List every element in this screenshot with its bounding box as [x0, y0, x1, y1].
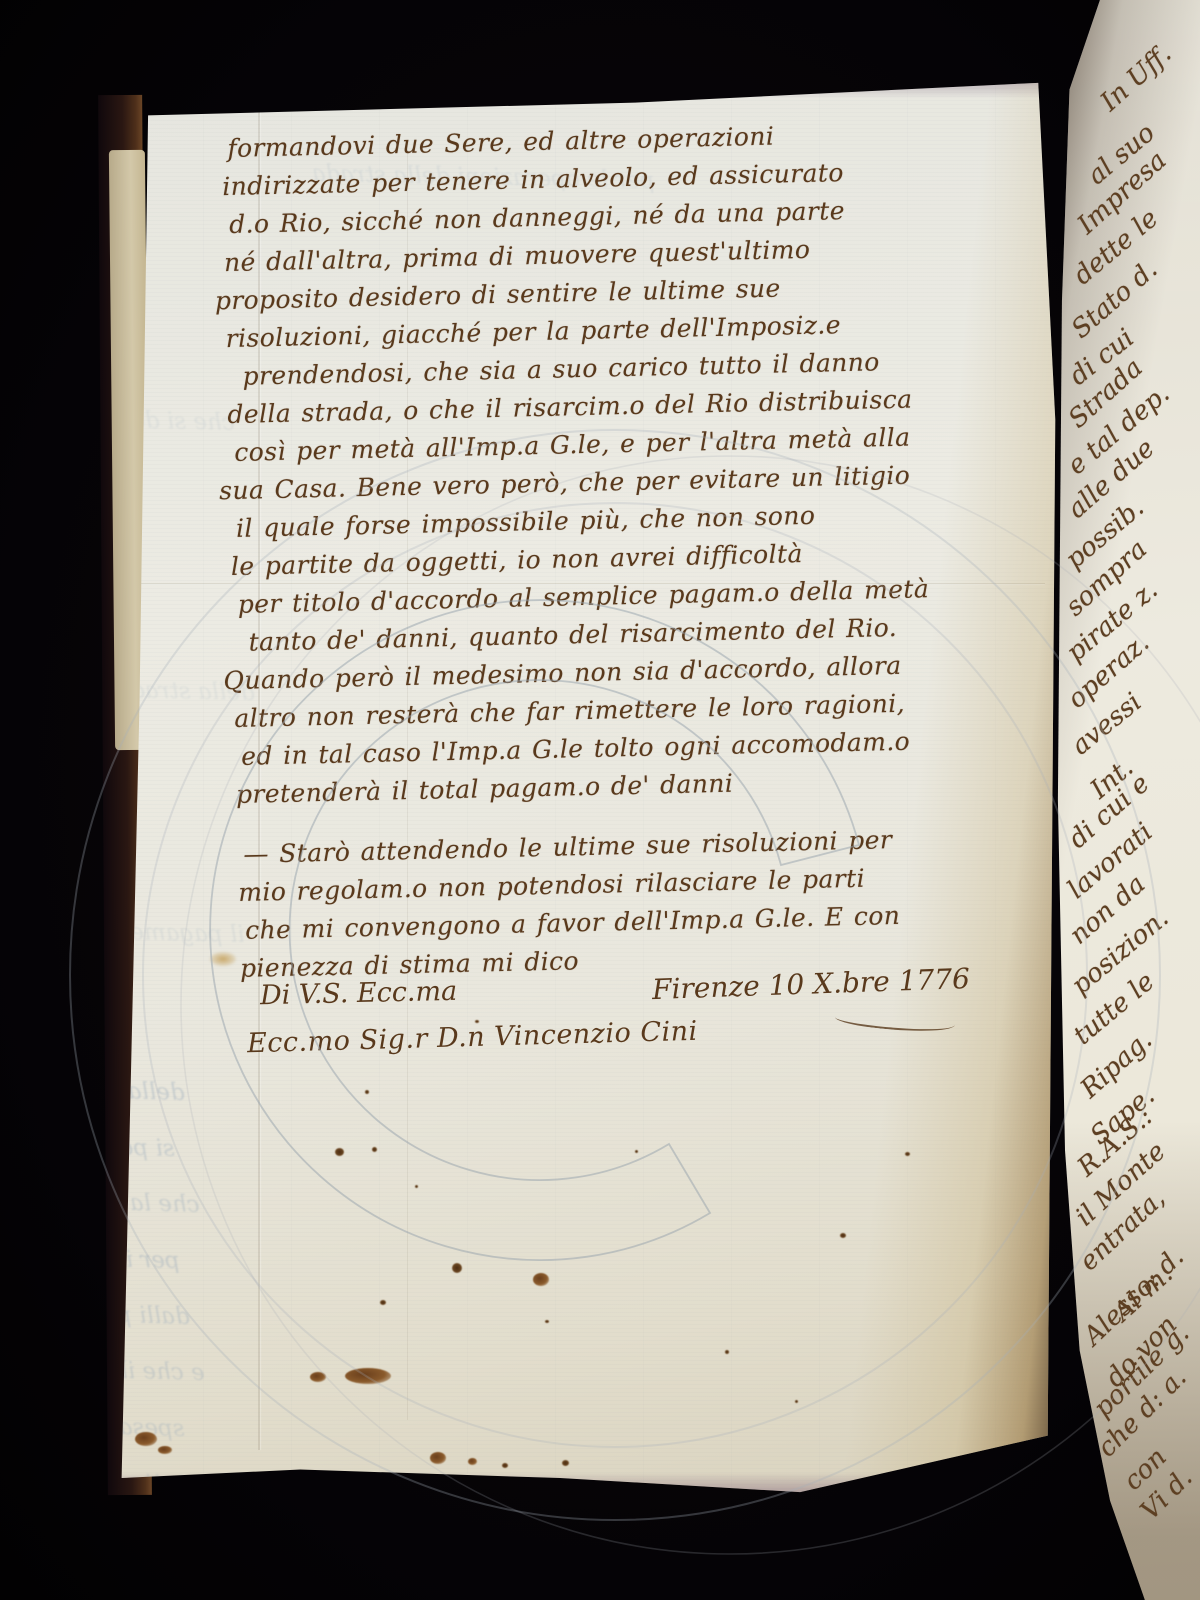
foxing-spot	[640, 1487, 658, 1495]
foxing-spot	[365, 1090, 369, 1094]
showthrough-line: spesa che occorre per il nuovo alveo	[0, 1404, 185, 1442]
foxing-spot	[840, 1233, 846, 1238]
foxing-spot	[310, 1372, 326, 1382]
foxing-spot	[335, 1148, 344, 1156]
foxing-spot	[905, 1152, 910, 1156]
foxing-spot	[725, 1350, 729, 1354]
foxing-spot	[562, 1460, 569, 1466]
manuscript-page-left: per le operazioni della stradache si dev…	[115, 80, 1060, 1495]
foxing-spot	[635, 1150, 638, 1153]
foxing-spot	[372, 1147, 377, 1152]
manuscript-page-right: In Uff.al suoImpresadette leStato d.di c…	[1055, 0, 1200, 1600]
showthrough-line: che la Casa non vuole pagare la metà	[0, 1180, 200, 1218]
showthrough-line: si possa fare il risarcimento de danni	[0, 1125, 175, 1162]
foxing-spot	[740, 1493, 752, 1499]
showthrough-line: della medesima strada che per il fiume	[0, 1067, 185, 1106]
showthrough-line: per il Rio e per la strada maestra che	[0, 1238, 180, 1274]
foxing-spot	[502, 1463, 508, 1468]
valediction: Di V.S. Ecc.ma	[260, 976, 458, 1011]
letter-paragraph-2: — Starò attendendo le ultime sue risoluz…	[243, 819, 986, 988]
manuscript-photo: per le operazioni della stradache si dev…	[0, 0, 1200, 1600]
foxing-spot	[415, 1185, 418, 1188]
foxing-spot	[533, 1273, 549, 1286]
foxing-spot	[158, 1446, 172, 1454]
letter-body: formandovi due Sere, ed altre operazioni…	[227, 113, 986, 988]
letter-paragraph-1: formandovi due Sere, ed altre operazioni…	[227, 113, 982, 814]
foxing-spot	[545, 1320, 549, 1323]
handwritten-fragment: In Uff.	[1095, 39, 1177, 117]
foxing-spot	[468, 1458, 477, 1465]
foxing-spot	[452, 1263, 462, 1273]
foxing-spot	[210, 952, 236, 966]
foxing-spot	[430, 1452, 446, 1464]
foxing-spot	[345, 1368, 391, 1384]
showthrough-line: dalli periti fu stimato il danno seguito	[0, 1292, 190, 1330]
showthrough-line: e che il Comune debba concorrere alla	[0, 1349, 205, 1386]
foxing-spot	[380, 1300, 386, 1305]
foxing-spot	[795, 1400, 798, 1403]
foxing-spot	[135, 1432, 157, 1446]
